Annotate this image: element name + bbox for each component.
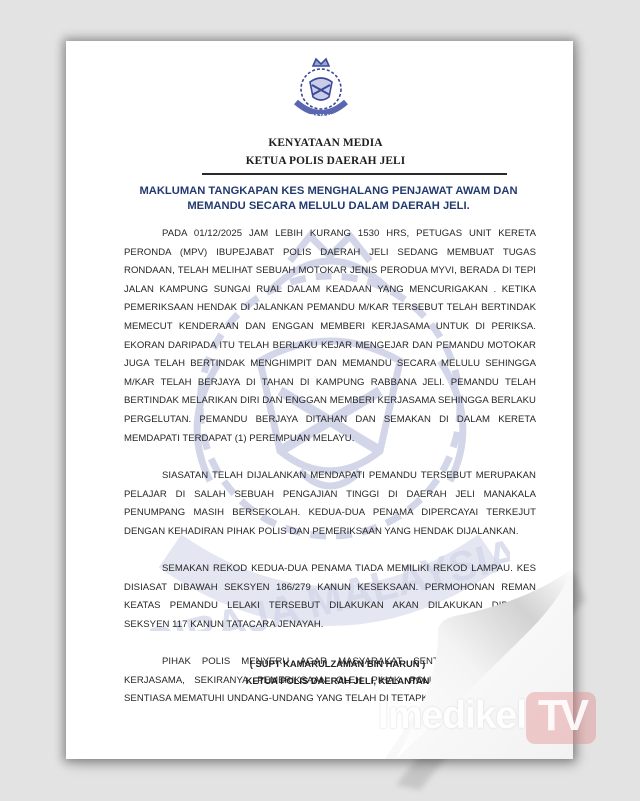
- signatory-title: KETUA POLIS DAERAH JELI, KELANTAN: [102, 672, 573, 689]
- police-crest-logo: POLIS DIRAJA MALAYSIA: [288, 54, 354, 124]
- title-line-2: MEMANDU SECARA MELULU DALAM DAERAH JELI.: [126, 199, 531, 214]
- heading-divider: [202, 173, 507, 175]
- document-body: PADA 01/12/2025 JAM LEBIH KURANG 1530 HR…: [124, 225, 536, 728]
- paragraph-records: SEMAKAN REKOD KEDUA-DUA PENAMA TIADA MEM…: [124, 560, 536, 634]
- title-line-1: MAKLUMAN TANGKAPAN KES MENGHALANG PENJAW…: [126, 184, 531, 199]
- crest-motto: POLIS DIRAJA MALAYSIA: [288, 114, 354, 120]
- document-title: MAKLUMAN TANGKAPAN KES MENGHALANG PENJAW…: [126, 184, 531, 214]
- press-release-page: DIRAJA MALAYSIA POLIS DIRAJA MALAYSIA KE…: [66, 41, 573, 759]
- heading-kenyataan-media: KENYATAAN MEDIA: [66, 137, 573, 149]
- paragraph-incident: PADA 01/12/2025 JAM LEBIH KURANG 1530 HR…: [124, 225, 536, 448]
- heading-issuer: KETUA POLIS DAERAH JELI: [66, 155, 573, 167]
- signatory-name: ( SUPT KAMARULZAMAN BIN HARUN ): [102, 655, 573, 672]
- paragraph-investigation: SIASATAN TELAH DIJALANKAN MENDAPATI PEMA…: [124, 467, 536, 541]
- signature-block: ( SUPT KAMARULZAMAN BIN HARUN ) KETUA PO…: [66, 655, 573, 689]
